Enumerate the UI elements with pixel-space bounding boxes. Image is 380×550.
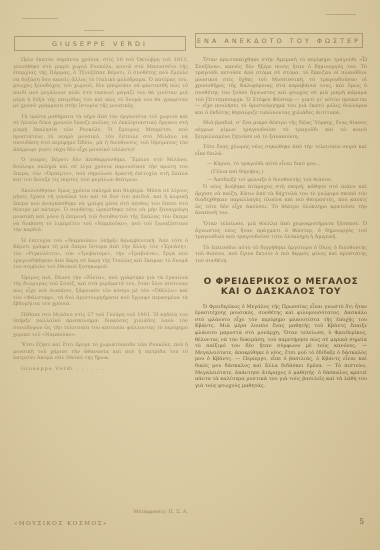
paragraph: Τότε ἕνας χλωμὸς νέος σηκώθηκε ἀπὸ τὴν τ… <box>195 144 367 157</box>
paragraph: Ἡ ἐπιτυχία τοῦ «Ναμποῦκο» ὑπῆρξε θριαμβε… <box>13 238 188 271</box>
page-number: 5 <box>360 518 364 526</box>
paragraph: Ὅταν πρωτοπαίχθηκε στὴν Ἀμερικὴ τὸ περίφ… <box>195 57 367 116</box>
paragraph: Τὸ ἐπεισόδιο αὐτὸ τὸ διηγήθηκε ἀργότερα … <box>195 245 367 265</box>
paragraph: Ὁ νεαρὸς Βέρντι δὲν ἀποθαρρύνθηκε. Ἔμειν… <box>13 157 188 183</box>
article-header-right-label: ΕΝΑ ΑΝΕΚΔΟΤΟ ΤΟΥ ΦΩΣΤΕΡ <box>197 37 361 45</box>
dialogue-line: — Ἀπόδειξέ το! φώναξε ὁ διευθυντὴς τοῦ θ… <box>195 177 367 184</box>
translator-credit: Μετάφρασις: Π. Σ. Α. <box>13 509 188 515</box>
article-header-left-label: GIUSEPPE VERDI <box>52 40 148 48</box>
closing-line: Giuseppe Verdi . . . . . . <box>13 366 188 373</box>
article-header-left: GIUSEPPE VERDI <box>14 36 186 51</box>
paragraph: Ἀκολούθησαν ὅμως χρόνια σκληρὰ καὶ θλιβε… <box>13 188 188 234</box>
paragraph: Τὰ πρῶτα μαθήματα τὰ πῆρε ἀπὸ τὸν ὀργανί… <box>13 114 188 154</box>
paragraph: Πέθανε στὸ Μιλᾶνο στὶς 27 τοῦ Γενάρη τοῦ… <box>13 312 188 338</box>
paragraph: Ὅταν τελείωσε, μιὰ θύελλα ἀπὸ χειροκροτή… <box>195 221 367 241</box>
scan-mark <box>22 18 58 19</box>
paragraph: Ὁ νέος ἀνέβηκε ἀτάραχος στὴ σκηνή, κάθησ… <box>195 184 367 217</box>
publication-footer-mark: «ΜΟΥΣΙΚΟΣ ΚΟΣΜΟΣ» <box>14 521 108 527</box>
left-text-column: Πρὶν ἑκατὸν σαράντα χρόνια, στὶς 10 τοῦ … <box>13 57 188 377</box>
paragraph: Ὥριμος πιά, ἔδωσε τὴν «Ἀΐντα», ποὺ γράφτ… <box>13 275 188 308</box>
aside-line: (Γέλια καὶ θόρυβος.) <box>195 169 367 176</box>
scanned-magazine-page: GIUSEPPE VERDI ΕΝΑ ΑΝΕΚΔΟΤΟ ΤΟΥ ΦΩΣΤΕΡ Π… <box>0 0 380 550</box>
paragraph: Μιὰ βραδιά, σ' ἕνα μικρὸ θέατρο τῆς Νέας… <box>195 120 367 140</box>
paragraph: Ἔτσι ἔζησε καὶ ἔτσι ἔφυγε τὸ χωριατόπαιδ… <box>13 342 188 362</box>
article-title-line1: Ο ΦΡΕΙΔΕΡΙΚΟΣ Ο ΜΕΓΑΛΟΣ <box>195 277 367 288</box>
scan-mark <box>326 14 356 15</box>
article-body-paragraph: Ὁ Φρειδερῖκος ὁ Μεγάλος τῆς Πρωσσίας εἶν… <box>195 304 367 390</box>
paragraph: Πρὶν ἑκατὸν σαράντα χρόνια, στὶς 10 τοῦ … <box>13 57 188 110</box>
dialogue-line: — Κύριοι, τὸ τραγοῦδι αὐτὸ εἶναι δικό μο… <box>195 161 367 168</box>
right-text-column: Ὅταν πρωτοπαίχθηκε στὴν Ἀμερικὴ τὸ περίφ… <box>195 57 367 393</box>
scan-mark <box>84 30 104 31</box>
article-title-line2: ΚΑΙ Ο ΔΑΣΚΑΛΟΣ ΤΟΥ <box>195 287 367 298</box>
article-header-right: ΕΝΑ ΑΝΕΚΔΟΤΟ ΤΟΥ ΦΩΣΤΕΡ <box>195 33 363 48</box>
